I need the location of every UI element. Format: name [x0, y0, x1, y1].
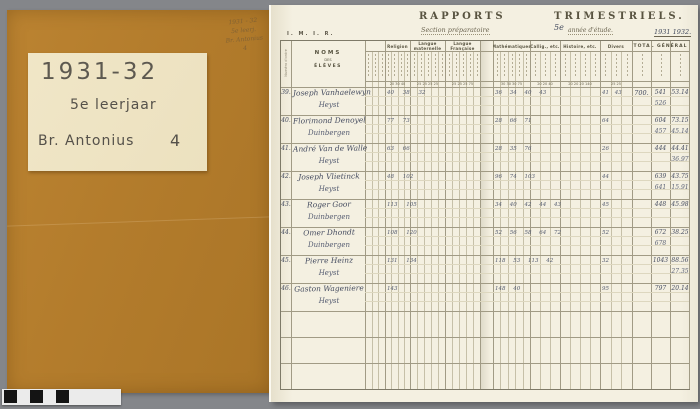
student-city: Heyst: [299, 297, 359, 305]
student-number: 42.: [281, 173, 291, 180]
grid-vline: [575, 54, 576, 78]
grid-vline: [477, 54, 478, 78]
student-name: Omer Dhondt: [293, 227, 365, 237]
student-city: Duinbergen: [299, 213, 359, 221]
group-header: Langue Française: [445, 41, 480, 51]
marks-languages: 63 66: [387, 146, 479, 152]
cover-grade: 5e leerjaar: [70, 97, 157, 113]
marks-languages: 131 134: [387, 258, 479, 264]
marks-languages: 48 102: [387, 174, 479, 180]
student-number: 44.: [281, 229, 291, 236]
grid-vline: [394, 54, 395, 78]
total-obtained-line2: 678: [652, 240, 669, 247]
table-row: 42. Joseph Vlietinck Heyst 48 102 96 74 …: [281, 171, 689, 199]
grades-table: Numéro d'ordre NOMS DES ÉLÈVES TOTAL GÉN…: [280, 40, 690, 390]
marks-languages: 113 105: [387, 202, 479, 208]
subtitle-grade-handwritten: 5e: [554, 23, 564, 32]
total-obtained: 604: [652, 117, 669, 124]
total-obtained: 797: [652, 285, 669, 292]
grid-vline: [504, 54, 505, 78]
grid-vline: [497, 54, 498, 78]
table-row: 41. André Van de Walle Heyst 63 66 28 35…: [281, 143, 689, 171]
marks-sciences: 34 40 42 44 43: [495, 202, 599, 208]
total-obtained: 639: [652, 173, 669, 180]
group-header: Religion: [385, 41, 410, 51]
marks-sciences: 148 40: [495, 286, 599, 292]
grid-vline: [585, 54, 586, 78]
grid-vline: [642, 54, 643, 78]
student-name: Joseph Vanhaelewyn: [293, 87, 365, 97]
names-column-header: NOMS DES ÉLÈVES: [291, 41, 365, 87]
total-obtained-line2: 457: [652, 128, 669, 135]
grid-vline: [535, 54, 536, 78]
grid-hline: [281, 363, 689, 364]
grid-vline: [627, 54, 628, 78]
marks-sciences: 28 35 76: [495, 146, 599, 152]
marks-divers: 95: [602, 286, 631, 292]
grid-vline: [526, 54, 527, 78]
grid-vline: [545, 54, 546, 78]
total-obtained-line2: 526: [652, 100, 669, 107]
cover-year: 1931-32: [41, 59, 158, 85]
group-header: Langue maternelle: [410, 41, 445, 51]
table-row: 39. Joseph Vanhaelewyn Heyst 40 38 32 36…: [281, 87, 689, 115]
total-percent: 45.98: [671, 201, 689, 208]
imprint-text: I. M. I. R.: [287, 31, 334, 37]
total-obtained: 444: [652, 145, 669, 152]
total-percent: 88.56: [671, 257, 689, 264]
page-title-left: RAPPORTS: [419, 11, 506, 22]
total-percent: 38.25: [671, 229, 689, 236]
student-name: Florimond Denoyel: [293, 115, 365, 125]
group-header: Mathématiques: [493, 41, 530, 51]
student-city: Heyst: [299, 157, 359, 165]
marks-sciences: 36 34 40 43: [495, 90, 599, 96]
grid-vline: [605, 54, 606, 78]
grid-vline: [555, 54, 556, 78]
total-maximum: 700.: [633, 89, 650, 97]
scale-bar-segment: [4, 390, 17, 403]
marks-sciences: 118 53 113 42: [495, 258, 599, 264]
grid-vline: [435, 54, 436, 78]
marks-divers: 41 43: [602, 90, 631, 96]
grid-vline: [680, 54, 681, 78]
group-header: Divers: [600, 41, 632, 51]
student-number: 39.: [281, 89, 291, 96]
grid-vline: [407, 54, 408, 78]
group-header: Callig., etc.: [530, 41, 560, 51]
marks-divers: 44: [602, 174, 631, 180]
marks-sciences: 28 66 71: [495, 118, 599, 124]
student-name: Pierre Heinz: [293, 255, 365, 265]
total-percent-line2: 45.14: [671, 128, 689, 135]
grid-vline: [375, 54, 376, 78]
grid-vline: [519, 54, 520, 78]
total-obtained: 1043: [652, 257, 669, 264]
marks-divers: 32: [602, 258, 631, 264]
photo-canvas: 1931 - 325e leerj.Br. Antonius4 1931-32 …: [0, 0, 700, 409]
marks-divers: 45: [602, 202, 631, 208]
student-city: Duinbergen: [299, 129, 359, 137]
total-percent: 53.14: [671, 89, 689, 96]
student-name: Joseph Vlietinck: [293, 171, 365, 181]
total-obtained: 541: [652, 89, 669, 96]
scale-bar-segment: [56, 390, 69, 403]
grid-vline: [595, 54, 596, 78]
grid-vline: [421, 54, 422, 78]
marks-divers: 52: [602, 230, 631, 236]
grid-vline: [512, 54, 513, 78]
marks-languages: 143: [387, 286, 479, 292]
total-general-header: TOTAL GÉNÉRAL: [632, 41, 689, 51]
marks-languages: 77 73: [387, 118, 479, 124]
student-number: 45.: [281, 257, 291, 264]
total-percent: 73.15: [671, 117, 689, 124]
grid-vline: [616, 54, 617, 78]
grid-vline: [456, 54, 457, 78]
marks-languages: 40 38 32: [387, 90, 479, 96]
total-obtained: 448: [652, 201, 669, 208]
cover-label: 1931-32 5e leerjaar Br. Antonius 4: [28, 53, 207, 171]
grid-hline: [281, 311, 689, 312]
total-obtained-line2: 641: [652, 184, 669, 191]
student-number: 40.: [281, 117, 291, 124]
scale-bar: [2, 389, 121, 405]
total-percent-line2: 27.35: [671, 268, 689, 275]
student-name: André Van de Walle: [293, 143, 365, 153]
report-page: I. M. I. R. RAPPORTS TRIMESTRIELS. Secti…: [271, 5, 698, 402]
grid-vline: [442, 54, 443, 78]
grid-vline: [368, 54, 369, 78]
booklet-cover: 1931 - 325e leerj.Br. Antonius4 1931-32 …: [7, 10, 270, 393]
student-name: Roger Goor: [293, 199, 365, 209]
total-percent: 43.75: [671, 173, 689, 180]
grid-vline: [565, 54, 566, 78]
cover-number: 4: [170, 131, 180, 150]
subtitle-year-of-study: année d'étude.: [568, 27, 613, 35]
grid-vline: [382, 54, 383, 78]
group-header: Histoire, etc.: [560, 41, 600, 51]
grid-vline: [414, 54, 415, 78]
grid-hline: [281, 337, 689, 338]
grid-vline: [428, 54, 429, 78]
marks-languages: 108 120: [387, 230, 479, 236]
names-header-line2: DES: [291, 58, 365, 62]
student-city: Duinbergen: [299, 241, 359, 249]
total-percent: 20.14: [671, 285, 689, 292]
page-title-right: TRIMESTRIELS.: [554, 11, 685, 22]
total-obtained: 672: [652, 229, 669, 236]
student-name: Gaston Wageniere: [293, 283, 365, 293]
table-row: 46. Gaston Wageniere Heyst 143 148 40 95…: [281, 283, 689, 311]
student-city: Heyst: [299, 185, 359, 193]
grid-vline: [449, 54, 450, 78]
marks-sciences: 96 74 103: [495, 174, 599, 180]
cover-corner-note: 1931 - 325e leerj.Br. Antonius4: [211, 14, 278, 55]
student-city: Heyst: [299, 101, 359, 109]
grid-vline: [689, 41, 690, 389]
grid-vline: [388, 54, 389, 78]
cover-teacher: Br. Antonius: [38, 133, 134, 149]
student-number: 46.: [281, 285, 291, 292]
order-column-header: Numéro d'ordre: [284, 44, 288, 82]
names-header-line1: NOMS: [291, 50, 365, 56]
grid-vline: [401, 54, 402, 78]
marks-sciences: 52 56 58 64 72: [495, 230, 599, 236]
total-percent-line2: 15.91: [671, 184, 689, 191]
student-city: Heyst: [299, 269, 359, 277]
total-percent-line2: 36.97: [671, 156, 689, 163]
student-number: 41.: [281, 145, 291, 152]
subtitle-section: Section préparatoire: [421, 26, 490, 35]
grid-vline: [470, 54, 471, 78]
table-row: 40. Florimond Denoyel Duinbergen 77 73 2…: [281, 115, 689, 143]
student-number: 43.: [281, 201, 291, 208]
table-row: 43. Roger Goor Duinbergen 113 105 34 40 …: [281, 199, 689, 227]
marks-divers: 64: [602, 118, 631, 124]
grid-vline: [463, 54, 464, 78]
table-row: 45. Pierre Heinz Heyst 131 134 118 53 11…: [281, 255, 689, 283]
total-percent: 44.41: [671, 145, 689, 152]
table-row: 44. Omer Dhondt Duinbergen 108 120 52 56…: [281, 227, 689, 255]
scale-bar-segment: [30, 390, 43, 403]
marks-divers: 26: [602, 146, 631, 152]
school-years-handwritten: 1931 1932.: [654, 28, 691, 37]
grid-hline: [365, 51, 689, 52]
names-header-line3: ÉLÈVES: [291, 64, 365, 69]
grid-vline: [661, 54, 662, 78]
